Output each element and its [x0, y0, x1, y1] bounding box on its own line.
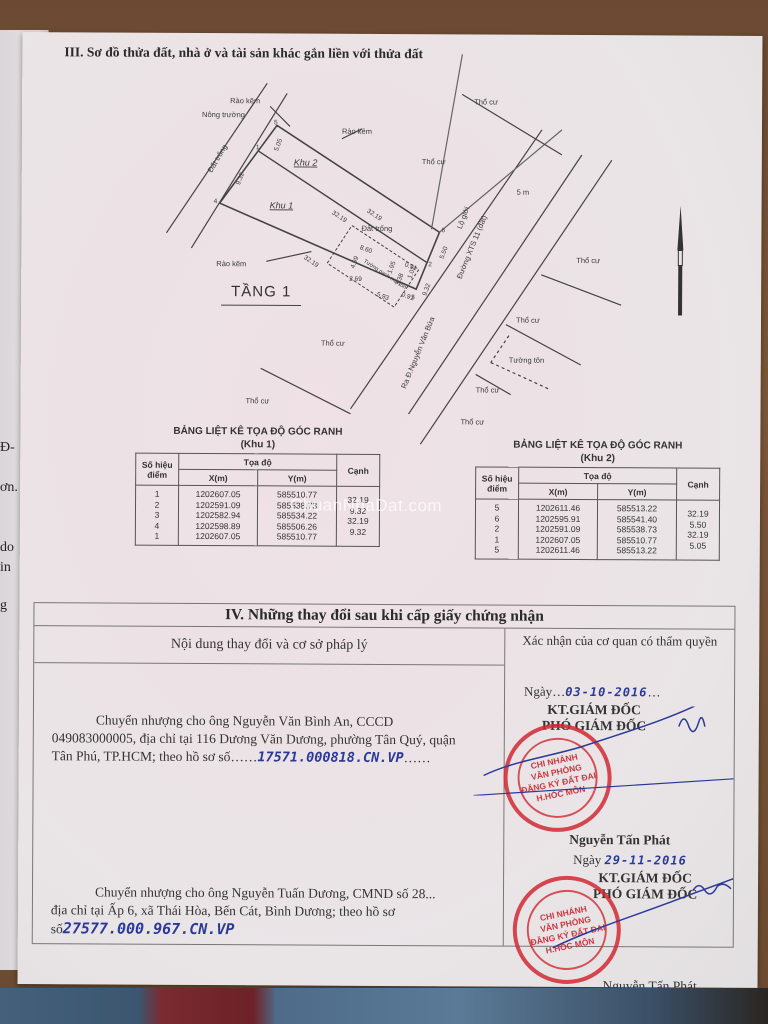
col-x: X(m) [519, 483, 598, 499]
edges-cell: 32.195.5032.195.05 [676, 500, 719, 560]
cell-value: 1202582.94 [182, 510, 254, 521]
cell-value: 585510.77 [261, 531, 333, 542]
change-entry-1: Chuyển nhượng cho ông Nguyễn Văn Bình An… [52, 711, 502, 767]
cell-value: 32.19 [680, 530, 716, 541]
cell-value: 1202611.46 [522, 545, 594, 556]
point-5: 5 [274, 119, 278, 126]
entry-line: Chuyển nhượng cho ông Nguyễn Tuấn Dương,… [51, 883, 501, 903]
entry-prefix: số [51, 921, 63, 936]
label-khu-2: Khu 2 [294, 157, 318, 167]
cell-value: 1202607.05 [182, 531, 254, 542]
date-label: Ngày [524, 684, 552, 699]
date-1: Ngày…03-10-2016… [524, 684, 661, 701]
dim-left-khu1: 9.32 [235, 171, 246, 186]
entry-line: Tân Phú, TP.HCM; theo hồ sơ số……17571.00… [52, 747, 502, 767]
cell-value: 585506.26 [261, 521, 333, 532]
cell-value: 1202598.89 [182, 520, 254, 531]
table-title: BẢNG LIỆT KÊ TỌA ĐỘ GÓC RANH [475, 438, 720, 452]
table-subtitle: (Khu 1) [135, 438, 380, 452]
cell-value: 1202611.46 [522, 503, 594, 514]
land-plot-diagram: Rào kẽm Nông trường Rào kẽm Rào kẽm Đất … [20, 32, 762, 456]
cell-value: 5.50 [680, 519, 716, 530]
date-label: Ngày [573, 852, 601, 867]
cell-value: 1 [139, 489, 175, 500]
label-tho-cu: Thổ cư [476, 385, 500, 394]
dim-right-khu1: 9.32 [421, 282, 432, 297]
handwritten-file-no: 17571.000818.CN.VP [257, 749, 403, 766]
coordinate-table-khu2: BẢNG LIỆT KÊ TỌA ĐỘ GÓC RANH (Khu 2) Số … [475, 438, 721, 560]
label-rao-kem: Rào kẽm [230, 96, 260, 105]
label-dat-trong: Đất trống [206, 143, 229, 174]
cell-value: 4 [139, 520, 175, 531]
point-2: 2 [428, 261, 432, 268]
points-cell: 12341 [135, 485, 178, 545]
label-tho-cu: Thổ cư [474, 97, 498, 106]
col-coords: Tọa độ [179, 453, 337, 470]
label-tho-cu: Thổ cư [460, 417, 484, 426]
label-lo-gioi: Lộ giới [455, 205, 471, 230]
page-fragment: g [0, 598, 7, 614]
col-coords: Tọa độ [519, 467, 677, 484]
cell-value: 2 [479, 523, 515, 534]
date-value: 03-10-2016 [565, 685, 647, 699]
dim-khu2-top: 32.19 [365, 208, 383, 223]
entry-line: 049083000005, địa chỉ tại 116 Dương Văn … [52, 729, 502, 749]
signature-1 [474, 705, 734, 796]
floor-label: TẦNG 1 [231, 283, 291, 300]
cell-value: 3 [139, 510, 175, 521]
col-header-content: Nội dung thay đổi và cơ sở pháp lý [34, 626, 504, 665]
cell-value: 585538.73 [601, 524, 673, 535]
background-fabric [0, 988, 768, 1024]
page-fragment: Đ- [0, 440, 15, 456]
label-tho-cu: Thổ cư [516, 316, 540, 325]
cell-value: 1202591.09 [522, 524, 594, 535]
cell-value: 32.19 [680, 509, 716, 520]
label-tho-cu: Thổ cư [321, 339, 345, 348]
col-header-confirmation: Xác nhận của cơ quan có thẩm quyền [505, 629, 734, 650]
label-nong-truong: Nông trường [202, 110, 245, 119]
cell-value: 1202591.09 [182, 499, 254, 510]
signer-name-1: Nguyễn Tấn Phát [569, 832, 670, 849]
cell-value: 585541.40 [601, 514, 673, 525]
change-entry-2: Chuyển nhượng cho ông Nguyễn Tuấn Dương,… [51, 883, 501, 940]
north-arrow-icon [676, 205, 685, 315]
label-road-nguyen-van-bua: Ra Đ.Nguyễn Văn Bứa [399, 315, 437, 390]
label-tho-cu: Thổ cư [576, 256, 600, 265]
cell-value: 1202607.05 [182, 489, 254, 500]
label-tho-cu: Thổ cư [246, 396, 270, 405]
cell-value: 585513.22 [601, 503, 673, 514]
cell-value: 1 [479, 534, 515, 545]
dim-right-khu2: 5.50 [439, 245, 450, 260]
date-value: 29-11-2016 [605, 853, 687, 867]
cell-value: 9.32 [340, 526, 376, 537]
handwritten-file-no: 27577.000.967.CN.VP [63, 919, 235, 938]
coordinate-table-khu1: BẢNG LIỆT KÊ TỌA ĐỘ GÓC RANH (Khu 1) Số … [135, 425, 381, 547]
cell-value: 1 [139, 531, 175, 542]
col-y: Y(m) [598, 484, 677, 500]
dim-building-a: 2.69 [349, 276, 362, 283]
y-cell: 585513.22585541.40585538.73585510.775855… [597, 500, 676, 560]
cell-value: 5 [479, 544, 515, 555]
table-subtitle: (Khu 2) [475, 451, 720, 465]
cell-value: 5 [479, 502, 515, 513]
dim-khu1-top: 32.19 [330, 210, 348, 225]
label-tuong-ton: Tường tôn [509, 356, 544, 365]
col-edge: Cạnh [677, 468, 720, 500]
x-cell: 1202607.051202591.091202582.941202598.89… [178, 485, 257, 545]
entry-line: số27577.000.967.CN.VP [51, 919, 501, 940]
dim-building-side: 4.99 [350, 255, 361, 270]
page-fragment: in [0, 560, 11, 576]
label-dat-trong: Đất trống [361, 224, 392, 233]
cell-value: 585513.22 [601, 545, 673, 556]
certificate-page: III. Sơ đồ thửa đất, nhà ở và tài sản kh… [18, 32, 763, 988]
col-y: Y(m) [258, 470, 337, 486]
dim-building-bottom: 5.93 [375, 291, 390, 302]
cell-value: 32.19 [340, 516, 376, 527]
label-rao-kem: Rào kẽm [216, 259, 246, 268]
points-cell: 56215 [475, 499, 518, 559]
watermark: ChuanNhaDat.com [290, 495, 442, 516]
point-6: 6 [441, 227, 445, 234]
date-2: Ngày 29-11-2016 [573, 852, 687, 869]
dim-building-top: 8.60 [359, 244, 374, 255]
cell-value: 1202607.05 [522, 534, 594, 545]
col-point: Số hiệu điểm [476, 467, 519, 499]
col-point: Số hiệu điểm [136, 453, 179, 485]
page-fragment: ơn. [0, 480, 18, 496]
point-1: 1 [256, 144, 260, 151]
table-title: BẢNG LIỆT KÊ TỌA ĐỘ GÓC RANH [135, 425, 380, 439]
dim-left-khu2: 5.05 [273, 137, 284, 152]
col-edge: Cạnh [337, 454, 380, 486]
cell-value: 6 [479, 513, 515, 524]
dim-5m: 5 m [517, 188, 530, 197]
point-3: 3 [411, 294, 415, 301]
label-khu-1: Khu 1 [270, 200, 294, 210]
entry-line: địa chỉ tại Ấp 6, xã Thái Hòa, Bến Cát, … [51, 901, 501, 921]
x-cell: 1202611.461202595.911202591.091202607.05… [518, 499, 597, 559]
cell-value: 2 [139, 499, 175, 510]
cell-value: 585510.77 [601, 535, 673, 546]
entry-line: Chuyển nhượng cho ông Nguyễn Văn Bình An… [52, 711, 502, 731]
page-fragment: do [0, 540, 14, 556]
dim-khu1-bottom: 32.19 [302, 254, 320, 269]
signature-2 [493, 868, 753, 959]
label-rao-kem: Rào kẽm [342, 127, 372, 136]
col-x: X(m) [179, 469, 258, 485]
point-4: 4 [214, 198, 218, 205]
cell-value: 5.05 [680, 540, 716, 551]
changes-section: IV. Những thay đổi sau khi cấp giấy chứn… [32, 602, 736, 948]
cell-value: 1202595.91 [522, 513, 594, 524]
entry-prefix: Tân Phú, TP.HCM; theo hồ sơ số [52, 748, 231, 764]
label-tho-cu: Thổ cư [422, 157, 446, 166]
